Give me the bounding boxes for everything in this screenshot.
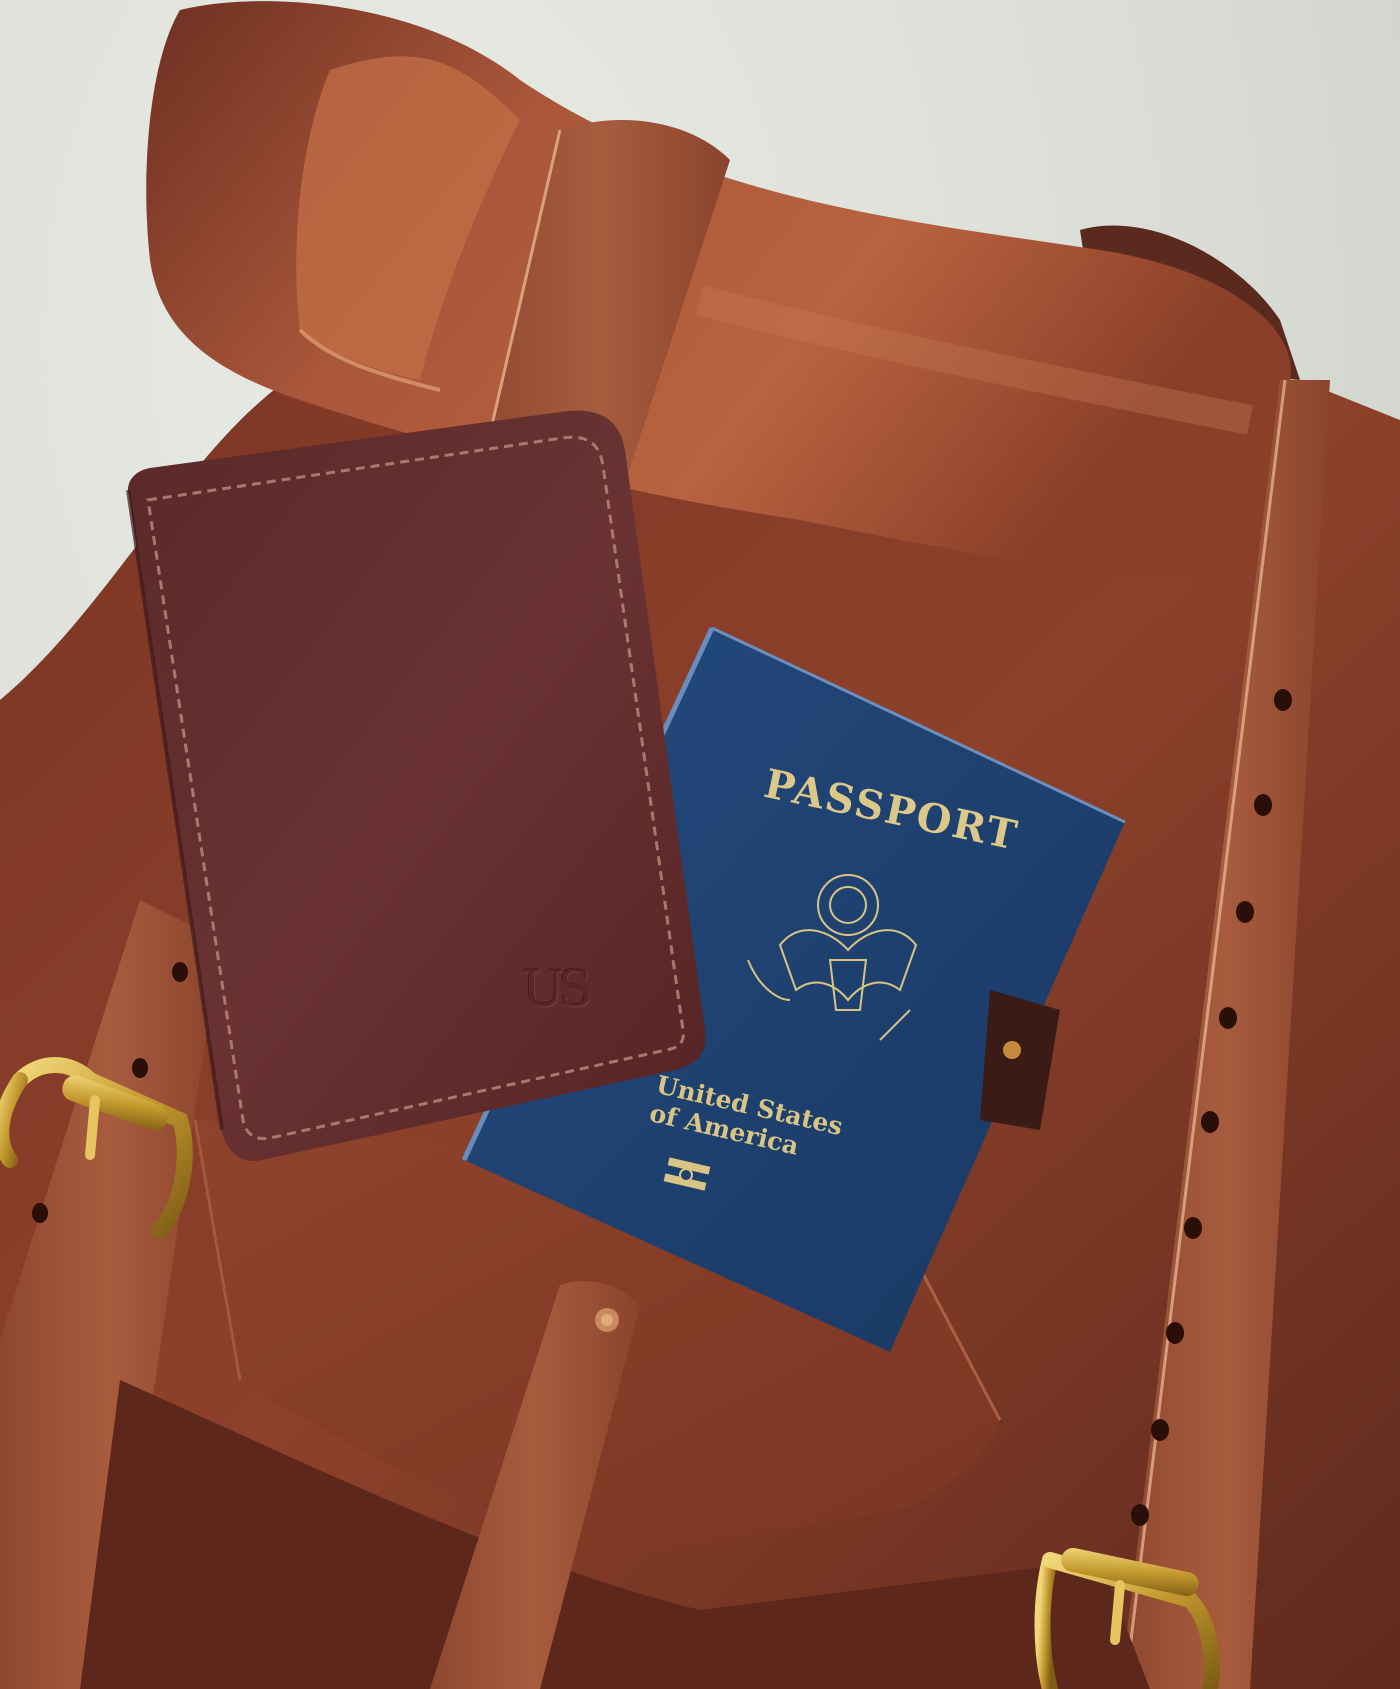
product-photo: US PASSPORT United States of America bbox=[0, 0, 1400, 1689]
backpack-scene bbox=[0, 0, 1400, 1689]
passport-wallet bbox=[128, 411, 705, 1161]
wallet-monogram: US bbox=[522, 960, 586, 1018]
